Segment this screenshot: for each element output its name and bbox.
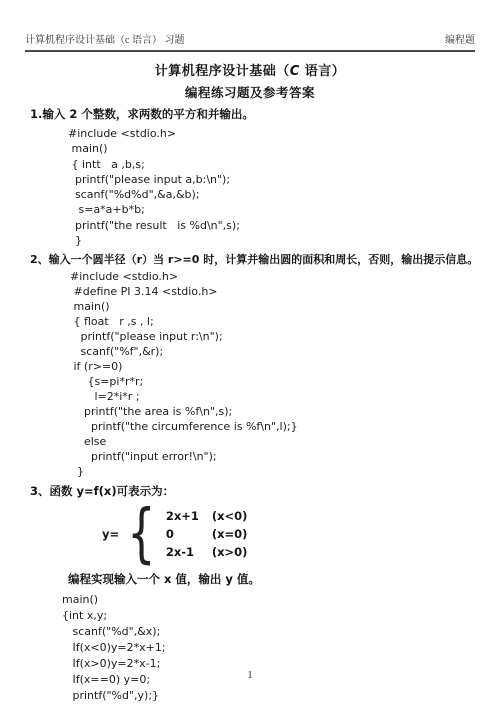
page-number: 1 [0,670,500,681]
section1-heading: 1.输入 2 个整数，求两数的平方和并输出。 [30,106,500,122]
code-line: else [70,434,500,449]
code-line: printf("%d",y);} [62,688,500,704]
code-line: printf("input error!\n"); [70,449,500,464]
code-line: printf("please input r:\n"); [70,329,500,344]
piecewise-row: 2x-1 (x>0) [166,546,248,558]
section3-heading: 3、函数 y=f(x)可表示为： [30,483,500,499]
piecewise-function: y= { 2x+1 (x<0) 0 (x=0) 2x-1 (x>0) [102,506,500,562]
code-line: #include <stdio.h> [70,269,500,284]
code-line: If(x<0)y=2*x+1; [62,640,500,656]
left-brace-glyph: { [127,506,156,562]
piecewise-expr: 2x+1 [166,510,212,522]
header-left-text: 计算机程序设计基础（c 语言） 习题 [25,31,184,46]
code-line: if (r>=0) [70,359,500,374]
code-line: l=2*i*r ; [70,389,500,404]
code-line: printf("please input a,b:\n"); [68,172,500,187]
code-line: main() [68,141,500,156]
code-line: } [70,464,500,479]
code-line: main() [70,299,500,314]
code-line: scanf("%d%d",&a,&b); [68,187,500,202]
document-subtitle: 编程练习题及参考答案 [0,83,500,101]
code-line: } [68,233,500,248]
code-line: #define PI 3.14 <stdio.h> [70,284,500,299]
title-suffix: 语言） [300,64,346,79]
code-line: printf("the circumference is %f\n",l);} [70,419,500,434]
code-line: { float r ,s , l; [70,314,500,329]
section3-prompt: 编程实现输入一个 x 值，输出 y 值。 [68,571,500,587]
code-line: printf("the result is %d\n",s); [68,218,500,233]
code-line: main() [62,592,500,608]
piecewise-rows: 2x+1 (x<0) 0 (x=0) 2x-1 (x>0) [166,510,248,558]
piecewise-row: 2x+1 (x<0) [166,510,248,522]
code-line: scanf("%d",&x); [62,624,500,640]
code-line: scanf("%f",&r); [70,344,500,359]
code-line: { intt a ,b,s; [68,157,500,172]
title-prefix: 计算机程序设计基础（ [155,64,290,79]
piecewise-cond: (x>0) [212,546,248,558]
code-line: s=a*a+b*b; [68,202,500,217]
code-line: {int x,y; [62,608,500,624]
section2-code-block: #include <stdio.h> #define PI 3.14 <stdi… [70,269,500,479]
piecewise-lhs: y= [102,527,119,541]
document-page: 计算机程序设计基础（c 语言） 习题 编程题 计算机程序设计基础（C 语言） 编… [0,0,500,707]
page-header: 计算机程序设计基础（c 语言） 习题 编程题 [25,0,475,52]
section3-code-block: main(){int x,y; scanf("%d",&x); If(x<0)y… [62,592,500,704]
title-italic-c: C [290,64,300,79]
section1-code-block: #include <stdio.h> main() { intt a ,b,s;… [68,126,500,248]
piecewise-expr: 0 [166,528,212,540]
document-title: 计算机程序设计基础（C 语言） [0,60,500,79]
piecewise-cond: (x<0) [212,510,248,522]
code-line: #include <stdio.h> [68,126,500,141]
piecewise-row: 0 (x=0) [166,528,248,540]
section2-heading: 2、输入一个圆半径（r）当 r>=0 时，计算并输出圆的面积和周长，否则，输出提… [30,251,500,267]
piecewise-expr: 2x-1 [166,546,212,558]
header-right-text: 编程题 [445,31,475,46]
piecewise-cond: (x=0) [212,528,248,540]
code-line: {s=pi*r*r; [70,374,500,389]
code-line: printf("the area is %f\n",s); [70,404,500,419]
